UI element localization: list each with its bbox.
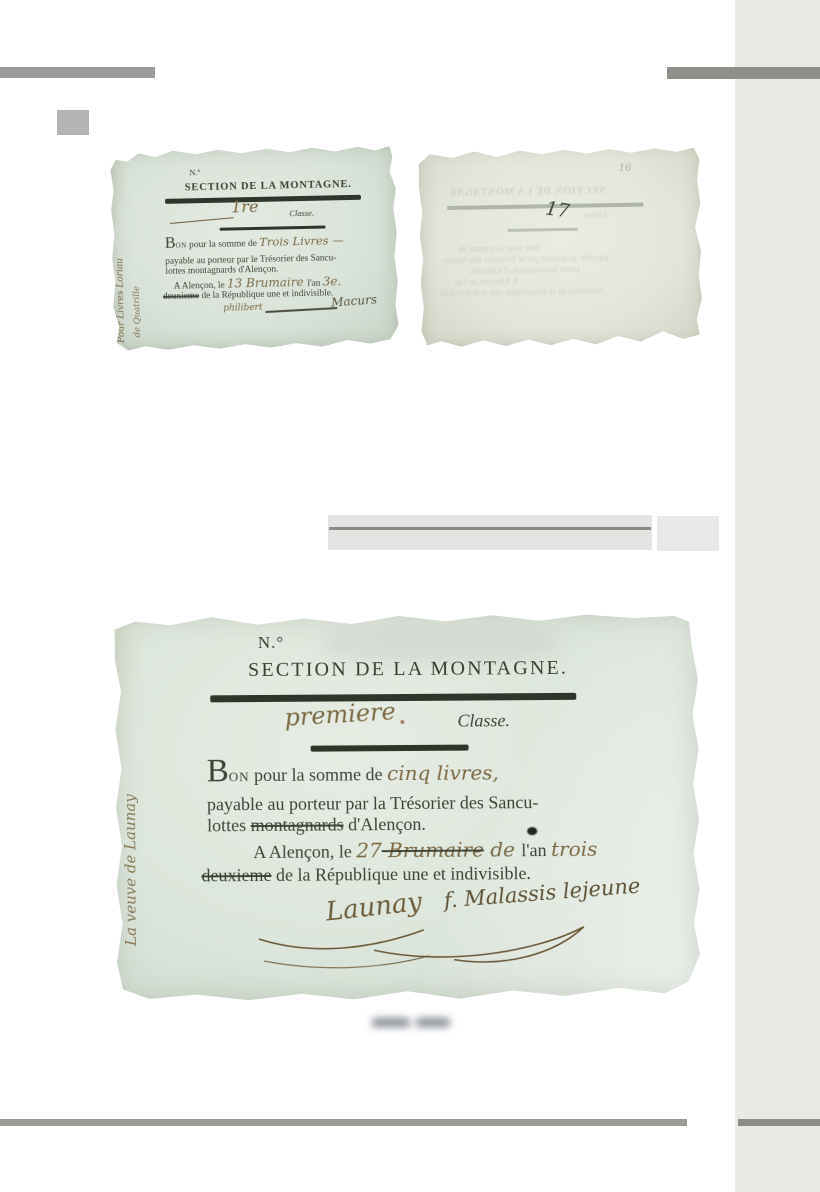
bottom-right-rule: [738, 1119, 820, 1126]
date-month-handwritten: Brumaire: [242, 275, 307, 290]
blurred-caption: [370, 1014, 456, 1032]
lottes-post: d'Alençon.: [344, 814, 426, 835]
bon-smallcaps: on: [229, 765, 250, 785]
republique-text: de la République une et indivisible.: [271, 863, 531, 885]
drop-cap: B: [165, 235, 176, 252]
bon-smallcaps: on: [176, 240, 187, 250]
montagnards-struck: montagnards: [251, 814, 344, 835]
date-month-struck: Brumaire: [382, 837, 484, 862]
date-day-handwritten: 13: [227, 276, 243, 290]
amount-printed: pour la somme de: [187, 239, 260, 251]
date-de-handwritten: de: [484, 837, 522, 861]
class-label: Classe.: [457, 710, 510, 731]
thick-rule: [165, 195, 361, 204]
date-day-handwritten: 27: [356, 838, 382, 862]
amount-printed: pour la somme de: [250, 764, 388, 785]
voucher-number-label: N.°: [189, 168, 200, 177]
republique-line: deuxieme de la République une et indivis…: [201, 863, 531, 886]
corner-handwriting: 16: [619, 163, 632, 174]
short-rule: [311, 745, 469, 752]
field-button[interactable]: [657, 516, 719, 551]
class-label: Classe.: [289, 208, 314, 219]
class-handwritten: premiere: [284, 697, 397, 732]
ghost-body-line: Bon pour la somme de: [458, 242, 540, 253]
handwritten-number: 17: [544, 197, 571, 222]
voucher-large-image: La veuve de Launay N.° SECTION DE LA MON…: [112, 610, 701, 1001]
lottes-line: lottes montagnards d'Alençon.: [207, 814, 426, 837]
ghost-body-line: deuxieme de la République une et indivis…: [439, 285, 604, 298]
deuxieme-struck: deuxieme: [163, 291, 199, 302]
amount-line: Bon pour la somme de Trois Livres —: [165, 231, 344, 253]
ghost-short-rule: [508, 228, 578, 232]
pen-flourish: [169, 211, 233, 224]
paper-speck: [400, 720, 404, 724]
ghost-body-line: lottes montagnards d'Alençon.: [470, 264, 580, 276]
blurred-word: [416, 1018, 450, 1027]
lan-label: l'an: [521, 840, 551, 860]
short-rule: [220, 226, 326, 231]
field-underline: [329, 527, 651, 530]
year-handwritten: trois: [551, 837, 597, 861]
top-right-rule: [667, 67, 820, 79]
ghost-body-line: payable au porteur par le Trésorier des …: [442, 252, 608, 265]
voucher-number-label: N.°: [258, 633, 284, 653]
year-handwritten: 3e.: [323, 274, 342, 288]
drop-cap: B: [207, 753, 229, 789]
amount-handwritten: Trois Livres —: [259, 233, 344, 249]
ghost-body-line: A Alençon, le l'an: [455, 276, 519, 287]
class-handwritten: 1re: [231, 197, 259, 217]
top-left-rule: [0, 67, 155, 78]
amount-handwritten: cinq livres,: [387, 760, 499, 785]
lan-label: l'an: [307, 279, 323, 289]
ghost-title: SECTION DE LA MONTAGNE.: [445, 185, 605, 199]
voucher-title: SECTION DE LA MONTAGNE.: [248, 657, 568, 682]
section-marker-square: [57, 110, 89, 135]
payable-line: payable au porteur par la Trésorier des …: [207, 792, 539, 815]
signature-stroke: [265, 307, 337, 313]
margin-handwriting: Pour Livres Loriau: [113, 158, 127, 343]
voucher-back-thumbnail: 16 SECTION DE LA MONTAGNE. 17 Classe. Bo…: [418, 144, 702, 348]
catalog-page: Pour Livres Loriau de Quatrille N.° SECT…: [0, 0, 820, 1192]
field-track[interactable]: [328, 515, 652, 550]
signature-flourish: Macurs: [331, 292, 378, 309]
right-margin-band: [735, 0, 820, 1192]
date-line: A Alençon, le 27 Brumaire de l'an trois: [253, 837, 597, 863]
ghost-class-label: Classe.: [581, 209, 607, 219]
margin-handwriting: La veuve de Launay: [120, 698, 140, 946]
republique-line: deuxieme de la République une et indivis…: [163, 288, 333, 302]
signature-philibert: philibert: [223, 303, 262, 314]
signature-flourish: [254, 907, 594, 979]
voucher-title: SECTION DE LA MONTAGNE.: [185, 179, 352, 193]
blurred-word: [372, 1018, 410, 1027]
amount-line: Bon pour la somme de cinq livres,: [207, 751, 499, 790]
deuxieme-struck: deuxieme: [201, 865, 271, 885]
margin-handwriting: de Quatrille: [130, 177, 143, 337]
ink-blot: [527, 827, 537, 835]
date-printed: A Alençon, le: [253, 841, 356, 862]
lottes-pre: lottes: [207, 815, 251, 835]
bottom-left-rule: [0, 1119, 687, 1126]
republique-text: de la République une et indivisible.: [199, 288, 333, 301]
voucher-front-thumbnail: Pour Livres Loriau de Quatrille N.° SECT…: [110, 144, 399, 351]
